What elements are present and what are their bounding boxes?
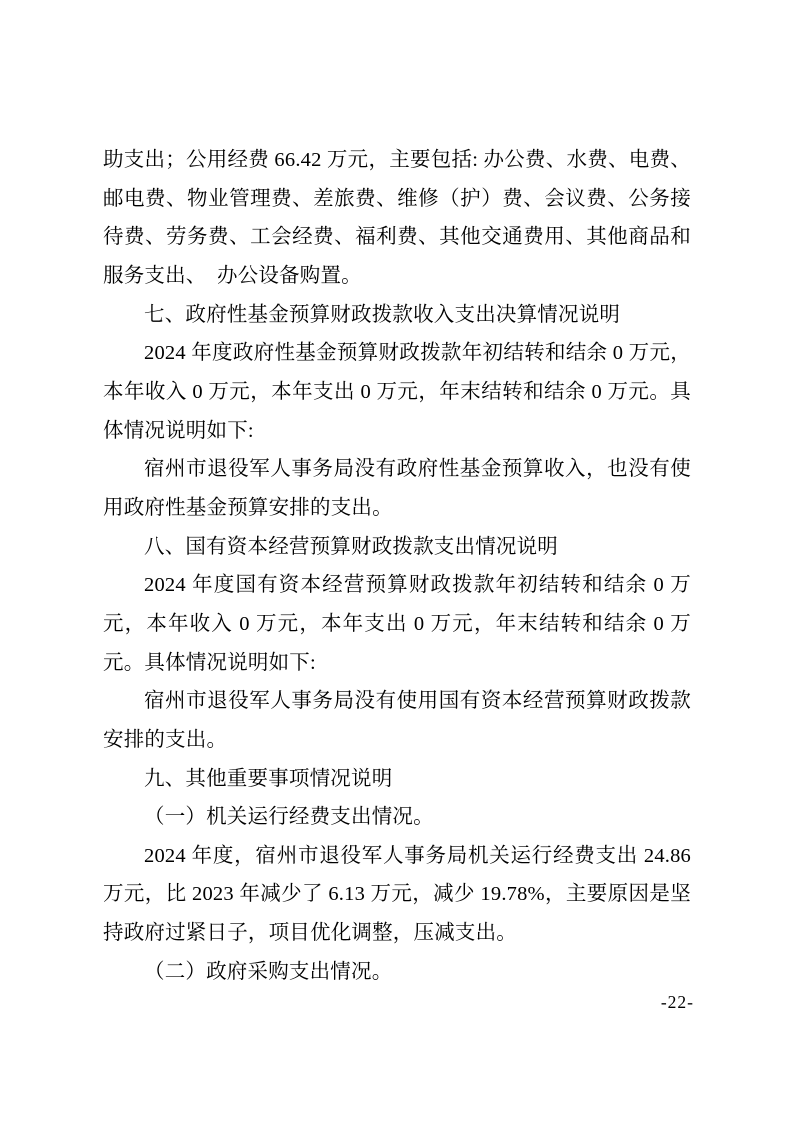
section-heading-9-other-matters: 九、其他重要事项情况说明	[103, 760, 691, 799]
subsection-heading-1-operating-expense: （一）机关运行经费支出情况。	[103, 798, 691, 837]
section-heading-7-gov-fund-budget: 七、政府性基金预算财政拨款收入支出决算情况说明	[103, 296, 691, 335]
paragraph-gov-fund-note: 宿州市退役军人事务局没有政府性基金预算收入，也没有使用政府性基金预算安排的支出。	[103, 450, 691, 527]
document-content: 助支出；公用经费 66.42 万元，主要包括: 办公费、水费、电费、邮电费、物业…	[103, 141, 691, 991]
page-number: -22-	[661, 992, 694, 1013]
paragraph-state-capital-figures: 2024 年度国有资本经营预算财政拨款年初结转和结余 0 万元，本年收入 0 万…	[103, 566, 691, 682]
paragraph-operating-expense-figures: 2024 年度，宿州市退役军人事务局机关运行经费支出 24.86 万元，比 20…	[103, 837, 691, 953]
subsection-heading-2-gov-procurement: （二）政府采购支出情况。	[103, 953, 691, 992]
paragraph-gov-fund-figures: 2024 年度政府性基金预算财政拨款年初结转和结余 0 万元，本年收入 0 万元…	[103, 334, 691, 450]
paragraph-public-expense-continuation: 助支出；公用经费 66.42 万元，主要包括: 办公费、水费、电费、邮电费、物业…	[103, 141, 691, 296]
paragraph-state-capital-note: 宿州市退役军人事务局没有使用国有资本经营预算财政拨款安排的支出。	[103, 682, 691, 759]
section-heading-8-state-capital-budget: 八、国有资本经营预算财政拨款支出情况说明	[103, 528, 691, 567]
document-page: 助支出；公用经费 66.42 万元，主要包括: 办公费、水费、电费、邮电费、物业…	[0, 0, 793, 1122]
